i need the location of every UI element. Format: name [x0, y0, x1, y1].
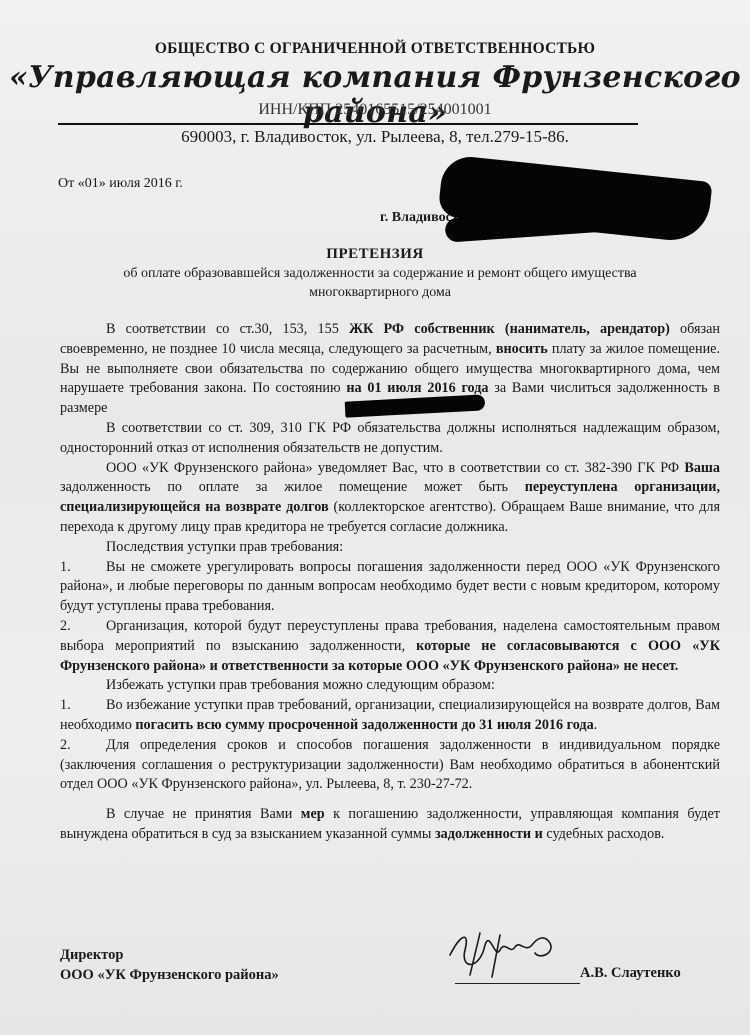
paragraph-court-warning: В случае не принятия Вами мер к погашени… [60, 805, 720, 845]
claim-subtitle: об оплате образовавшейся задолженности з… [90, 264, 670, 302]
company-name: «Управляющая компания Фрунзенского район… [0, 60, 750, 130]
paragraph-assignment-notice: ООО «УК Фрунзенского района» уведомляет … [60, 459, 720, 538]
signature-line [455, 983, 580, 984]
org-type: ОБЩЕСТВО С ОГРАНИЧЕННОЙ ОТВЕТСТВЕННОСТЬЮ [0, 40, 750, 58]
signatory-name: А.В. Слаутенко [580, 965, 681, 982]
avoid-heading: Избежать уступки прав требования можно с… [60, 676, 720, 696]
document-date: От «01» июля 2016 г. [58, 176, 183, 192]
avoid-item: 1.Во избежание уступки прав требований, … [60, 696, 720, 736]
paragraph-civil-code: В соответствии со ст. 309, 310 ГК РФ обя… [60, 419, 720, 459]
claim-title: ПРЕТЕНЗИЯ [0, 246, 750, 263]
header-divider [58, 123, 638, 125]
consequences-heading: Последствия уступки прав требования: [60, 538, 720, 558]
consequence-item: 1.Вы не сможете урегулировать вопросы по… [60, 558, 720, 617]
signatory-block: Директор ООО «УК Фрунзенского района» [60, 945, 279, 985]
signatory-position: Директор [60, 945, 279, 965]
handwritten-signature-icon [440, 925, 570, 980]
signatory-organization: ООО «УК Фрунзенского района» [60, 965, 279, 985]
company-address: 690003, г. Владивосток, ул. Рылеева, 8, … [0, 127, 750, 147]
document-page: ОБЩЕСТВО С ОГРАНИЧЕННОЙ ОТВЕТСТВЕННОСТЬЮ… [0, 0, 750, 1035]
consequence-item: 2.Организация, которой будут переуступле… [60, 617, 720, 676]
inn-kpp: ИНН/КПП 2540165515/254001001 [0, 101, 750, 119]
avoid-item: 2.Для определения сроков и способов пога… [60, 736, 720, 795]
